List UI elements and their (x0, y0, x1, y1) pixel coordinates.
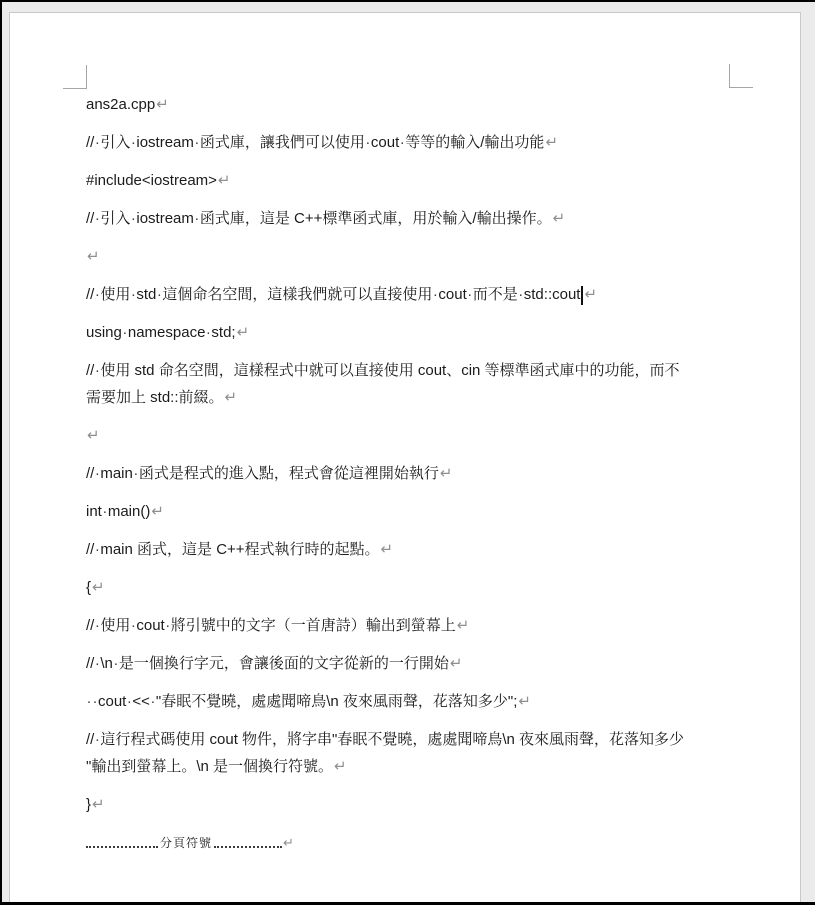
text-run: "春眠不覺曉，處處聞啼鳥\n 夜來風雨聲，花落知多少"; (156, 693, 518, 710)
text-line[interactable]: //·引入·iostream·函式庫，這是 C++標準函式庫，用於輸入/輸出操作… (86, 205, 752, 232)
pilcrow-mark: ↵ (87, 248, 100, 265)
paragraph[interactable]: //·這行程式碼使用 cout 物件，將字串"春眠不覺曉，處處聞啼鳥\n 夜來風… (86, 726, 752, 780)
text-run: std::cout (524, 286, 581, 303)
text-run: 而不是 (473, 286, 518, 303)
paragraph[interactable]: ↵ (86, 422, 752, 449)
text-run: // (86, 465, 94, 482)
text-run: // (86, 134, 94, 151)
text-run: // (86, 286, 94, 303)
text-line[interactable]: //·使用·std·這個命名空間，這樣我們就可以直接使用·cout·而不是·st… (86, 281, 752, 308)
page-break-marker: 分頁符號 ↵ (86, 829, 752, 856)
pilcrow-mark: ↵ (553, 210, 566, 227)
text-line[interactable]: ↵ (86, 422, 752, 449)
text-run: // (86, 541, 94, 558)
text-line[interactable]: }↵ (86, 791, 752, 818)
text-run: 引入 (100, 134, 130, 151)
text-run: // (86, 655, 94, 672)
text-line[interactable]: //·這行程式碼使用 cout 物件，將字串"春眠不覺曉，處處聞啼鳥\n 夜來風… (86, 726, 752, 753)
pilcrow-mark: ↵ (545, 134, 558, 151)
text-run: 需要加上 std::前綴。 (86, 389, 224, 406)
text-run: } (86, 796, 91, 813)
text-run: 將引號中的文字（一首唐詩）輸出到螢幕上 (171, 617, 456, 634)
pilcrow-mark: ↵ (440, 465, 453, 482)
text-run: main (100, 465, 133, 482)
paragraph[interactable]: //·使用·std·這個命名空間，這樣我們就可以直接使用·cout·而不是·st… (86, 281, 752, 308)
text-line[interactable]: //·\n·是一個換行字元，會讓後面的文字從新的一行開始↵ (86, 650, 752, 677)
text-run: 函式是程式的進入點，程式會從這裡開始執行 (139, 465, 439, 482)
text-run: iostream (136, 134, 194, 151)
text-line[interactable]: //·使用·cout·將引號中的文字（一首唐詩）輸出到螢幕上↵ (86, 612, 752, 639)
text-cursor (581, 286, 583, 305)
page-break-leader-right (214, 845, 282, 848)
text-line[interactable]: ans2a.cpp↵ (86, 91, 752, 118)
text-run: cout (136, 617, 164, 634)
paragraph[interactable]: //·使用·cout·將引號中的文字（一首唐詩）輸出到螢幕上↵ (86, 612, 752, 639)
text-line[interactable]: #include<iostream>↵ (86, 167, 752, 194)
text-run: namespace (128, 324, 206, 341)
text-line[interactable]: //·使用 std 命名空間，這樣程式中就可以直接使用 cout、cin 等標準… (86, 357, 752, 384)
pilcrow-mark: ↵ (450, 655, 463, 672)
text-run: "輸出到螢幕上。\n 是一個換行符號。 (86, 758, 333, 775)
pilcrow-mark: ↵ (156, 96, 169, 113)
text-run: 使用 (100, 286, 130, 303)
pilcrow-mark: ↵ (237, 324, 250, 341)
text-run: #include<iostream> (86, 172, 217, 189)
page-break-label: 分頁符號 (160, 834, 212, 851)
text-run: cout (438, 286, 466, 303)
text-line[interactable]: {↵ (86, 574, 752, 601)
text-run: cout (98, 693, 126, 710)
pilcrow-mark: ↵ (92, 796, 105, 813)
text-line[interactable]: using·namespace·std;↵ (86, 319, 752, 346)
paragraph[interactable]: int·main()↵ (86, 498, 752, 525)
text-run: // (86, 210, 94, 227)
text-run: main() (108, 503, 151, 520)
text-run: 是一個換行字元，會讓後面的文字從新的一行開始 (119, 655, 449, 672)
text-run: iostream (136, 210, 194, 227)
paragraph[interactable]: //·main·函式是程式的進入點，程式會從這裡開始執行↵ (86, 460, 752, 487)
pilcrow-mark: ↵ (457, 617, 470, 634)
text-run: 函式庫，讓我們可以使用 (200, 134, 365, 151)
pilcrow-mark: ↵ (518, 693, 531, 710)
pilcrow-mark: ↵ (151, 503, 164, 520)
text-run: cout (371, 134, 399, 151)
paragraph-list[interactable]: ans2a.cpp↵//·引入·iostream·函式庫，讓我們可以使用·cou… (86, 91, 752, 818)
paragraph[interactable]: //·引入·iostream·函式庫，這是 C++標準函式庫，用於輸入/輸出操作… (86, 205, 752, 232)
paragraph[interactable]: //·引入·iostream·函式庫，讓我們可以使用·cout·等等的輸入/輸出… (86, 129, 752, 156)
text-line[interactable]: //·main 函式，這是 C++程式執行時的起點。↵ (86, 536, 752, 563)
pilcrow-mark: ↵ (584, 286, 597, 303)
text-run: main 函式，這是 C++程式執行時的起點。 (100, 541, 379, 558)
pilcrow-mark: ↵ (218, 172, 231, 189)
paragraph[interactable]: //·使用 std 命名空間，這樣程式中就可以直接使用 cout、cin 等標準… (86, 357, 752, 411)
document-page[interactable]: ans2a.cpp↵//·引入·iostream·函式庫，讓我們可以使用·cou… (9, 12, 801, 902)
paragraph[interactable]: }↵ (86, 791, 752, 818)
text-line[interactable]: //·main·函式是程式的進入點，程式會從這裡開始執行↵ (86, 460, 752, 487)
text-run: 函式庫，這是 C++標準函式庫，用於輸入/輸出操作。 (200, 210, 552, 227)
paragraph[interactable]: using·namespace·std;↵ (86, 319, 752, 346)
text-run: std; (211, 324, 235, 341)
text-run: int (86, 503, 102, 520)
text-run: \n (100, 655, 113, 672)
pilcrow-mark: ↵ (92, 579, 105, 596)
paragraph[interactable]: {↵ (86, 574, 752, 601)
text-run: ans2a.cpp (86, 96, 155, 113)
paragraph[interactable]: //·main 函式，這是 C++程式執行時的起點。↵ (86, 536, 752, 563)
paragraph[interactable]: #include<iostream>↵ (86, 167, 752, 194)
text-run: 引入 (100, 210, 130, 227)
pilcrow-mark: ↵ (334, 758, 347, 775)
text-run: 等等的輸入/輸出功能 (405, 134, 544, 151)
text-line[interactable]: 需要加上 std::前綴。↵ (86, 384, 752, 411)
text-run: // (86, 617, 94, 634)
pilcrow-mark: ↵ (283, 835, 294, 851)
text-run: using (86, 324, 122, 341)
paragraph[interactable]: ↵ (86, 243, 752, 270)
pilcrow-mark: ↵ (87, 427, 100, 444)
text-run: 這行程式碼使用 cout 物件，將字串"春眠不覺曉，處處聞啼鳥\n 夜來風雨聲，… (100, 731, 684, 748)
document-content[interactable]: ans2a.cpp↵//·引入·iostream·函式庫，讓我們可以使用·cou… (10, 13, 801, 856)
page-break-leader-left (86, 845, 158, 848)
text-run: std (136, 286, 156, 303)
text-run: 使用 (100, 617, 130, 634)
pilcrow-mark: ↵ (225, 389, 238, 406)
paragraph[interactable]: //·\n·是一個換行字元，會讓後面的文字從新的一行開始↵ (86, 650, 752, 677)
text-run: // (86, 731, 94, 748)
editor-background: ans2a.cpp↵//·引入·iostream·函式庫，讓我們可以使用·cou… (2, 2, 815, 902)
text-run: 使用 std 命名空間，這樣程式中就可以直接使用 cout、cin 等標準函式庫… (100, 362, 679, 379)
text-run: { (86, 579, 91, 596)
paragraph[interactable]: ··cout·<<·"春眠不覺曉，處處聞啼鳥\n 夜來風雨聲，花落知多少";↵ (86, 688, 752, 715)
text-line[interactable]: ↵ (86, 243, 752, 270)
text-run: // (86, 362, 94, 379)
text-line[interactable]: int·main()↵ (86, 498, 752, 525)
text-run: << (132, 693, 150, 710)
text-line[interactable]: "輸出到螢幕上。\n 是一個換行符號。↵ (86, 753, 752, 780)
paragraph[interactable]: ans2a.cpp↵ (86, 91, 752, 118)
text-line[interactable]: //·引入·iostream·函式庫，讓我們可以使用·cout·等等的輸入/輸出… (86, 129, 752, 156)
pilcrow-mark: ↵ (381, 541, 394, 558)
text-line[interactable]: ··cout·<<·"春眠不覺曉，處處聞啼鳥\n 夜來風雨聲，花落知多少";↵ (86, 688, 752, 715)
text-run: 這個命名空間，這樣我們就可以直接使用 (162, 286, 432, 303)
